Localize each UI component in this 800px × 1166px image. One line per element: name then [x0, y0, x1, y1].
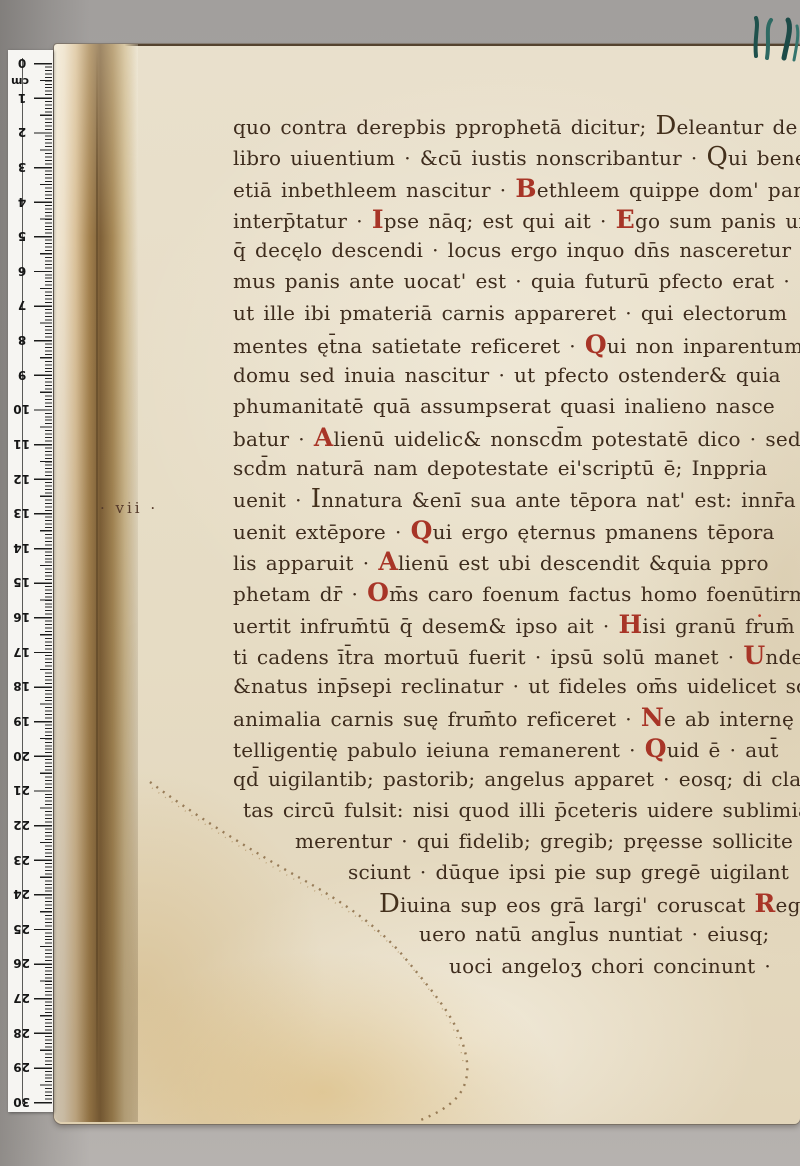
text-segment: q̄ decęlo descendi · locus ergo inquo dn…	[233, 238, 800, 262]
text-segment: qd̄ uigilantib; pastorib; angelus appare…	[233, 767, 800, 791]
text-segment: e ab internę in	[664, 707, 800, 731]
text-segment: lienū uidelic& nonscd̄m potestatē dico ·…	[334, 427, 800, 451]
ruler-number: 3	[14, 160, 30, 174]
manuscript-photograph: { "colors": { "background_gray": "#a8a5a…	[0, 0, 800, 1166]
initial-letter: D	[655, 111, 676, 141]
initial-letter: N	[641, 703, 664, 732]
ruler-number: 30	[14, 1095, 30, 1109]
text-line: merentur · qui fidelib; gregib; pręesse …	[295, 826, 785, 857]
text-line: mus panis ante uocat' est · quia futurū …	[233, 266, 785, 297]
margin-correction-mark: ·	[757, 607, 762, 625]
text-segment: eleantur de	[677, 115, 798, 139]
ruler-number: 8	[14, 333, 30, 347]
initial-letter: A	[314, 423, 334, 452]
text-segment: uenit extēpore ·	[233, 520, 411, 544]
text-segment: phetam dr̄ ·	[233, 582, 367, 606]
text-segment: m̄s caro foenum factus homo foenūtirm	[389, 582, 800, 606]
ruler-number: 9	[14, 368, 30, 382]
initial-letter: A	[378, 547, 398, 576]
text-segment: lis apparuit ·	[233, 551, 378, 575]
ruler-number: 14	[14, 541, 30, 555]
text-line: quo contra derepbis pprophetā dicitur; D…	[233, 111, 785, 142]
ruler-number: 15	[14, 575, 30, 589]
text-line: Diuina sup eos grā largi' coruscat Regē	[379, 888, 785, 919]
text-line: scd̄m naturā nam depotestate ei'scriptū …	[233, 453, 785, 484]
text-segment: merentur · qui fidelib; gregib; pręesse …	[295, 829, 793, 853]
text-segment: ti cadens īt̄ra mortuū fuerit · ipsū sol…	[233, 645, 743, 669]
text-line: uoci angeloʒ chori concinunt ·	[449, 951, 785, 982]
text-segment: mus panis ante uocat' est · quia futurū …	[233, 269, 790, 293]
initial-letter: O	[367, 578, 389, 607]
text-segment: uenit ·	[233, 488, 311, 512]
text-segment: tas circū fulsit: nisi quod illi p̄ceter…	[243, 798, 800, 822]
ruler-number: 4	[14, 195, 30, 209]
text-line: uenit · Innatura &enī sua ante tēpora na…	[233, 484, 785, 515]
text-line: q̄ decęlo descendi · locus ergo inquo dn…	[233, 235, 785, 266]
text-segment: ui non inparentum	[607, 334, 800, 358]
text-line: uertit infrum̄tū q̄ desem& ipso ait · Hi…	[233, 609, 785, 640]
initial-letter: Q	[645, 734, 667, 763]
text-segment: quo contra derepbis pprophetā dicitur;	[233, 115, 655, 139]
initial-letter: R	[755, 889, 776, 918]
text-line: ut ille ibi pmateriā carnis appareret · …	[233, 298, 785, 329]
text-segment: uero natū angl̄us nuntiat · eiusq;	[419, 922, 769, 946]
text-line: phumanitatē quā assumpserat quasi inalie…	[233, 391, 785, 422]
text-segment: telligentię pabulo ieiuna remanerent ·	[233, 738, 645, 762]
initial-letter: E	[616, 205, 635, 234]
text-segment: uertit infrum̄tū q̄ desem& ipso ait ·	[233, 614, 618, 638]
text-line: &natus inp̄sepi reclinatur · ut fideles …	[233, 671, 785, 702]
text-segment: libro uiuentium · &cū iustis nonscribant…	[233, 146, 707, 170]
text-segment: go sum panis uiuus	[635, 209, 800, 233]
ruler-number: 26	[14, 956, 30, 970]
text-segment: mentes ęt̄na satietate reficeret ·	[233, 334, 585, 358]
text-line: uero natū angl̄us nuntiat · eiusq;	[419, 919, 785, 950]
text-line: sciunt · dūque ipsi pie sup gregē uigila…	[348, 857, 785, 888]
initial-letter: B	[515, 174, 536, 203]
ruler-number: 25	[14, 922, 30, 936]
text-segment: batur ·	[233, 427, 314, 451]
initial-letter: H	[618, 610, 642, 639]
text-line: interp̄tatur · Ipse nāq; est qui ait · E…	[233, 204, 785, 235]
ruler-number: 28	[14, 1026, 30, 1040]
ruler-number: 19	[14, 714, 30, 728]
ruler-number: 24	[14, 887, 30, 901]
text-block: quo contra derepbis pprophetā dicitur; D…	[233, 111, 785, 982]
ruler-number: 12	[14, 472, 30, 486]
initial-letter: Q	[707, 142, 729, 172]
text-segment: sciunt · dūque ipsi pie sup gregē uigila…	[348, 860, 800, 884]
text-line: libro uiuentium · &cū iustis nonscribant…	[233, 142, 785, 173]
ruler-number: 16	[14, 610, 30, 624]
text-segment: uoci angeloʒ chori concinunt ·	[449, 954, 771, 978]
text-segment: isi granū frum̄ –	[642, 614, 800, 638]
text-segment: iuina sup eos grā largi' coruscat	[400, 893, 755, 917]
text-line: tas circū fulsit: nisi quod illi p̄ceter…	[243, 795, 785, 826]
text-segment: animalia carnis suę frum̄to reficeret ·	[233, 707, 641, 731]
ruler-number: 0	[14, 56, 30, 70]
ruler-number: 29	[14, 1060, 30, 1074]
text-segment: domu sed inuia nascitur · ut pfecto oste…	[233, 363, 781, 387]
initial-letter: Q	[585, 330, 607, 359]
gutter-edge-line	[96, 50, 98, 1114]
text-segment: nnatura &enī sua ante tēpora nat' est: i…	[321, 488, 796, 512]
ruler-number: 17	[14, 645, 30, 659]
ruler-number: 10	[14, 402, 30, 416]
text-line: domu sed inuia nascitur · ut pfecto oste…	[233, 360, 785, 391]
text-line: telligentię pabulo ieiuna remanerent · Q…	[233, 733, 785, 764]
text-line: ti cadens īt̄ra mortuū fuerit · ipsū sol…	[233, 640, 785, 671]
ruler-number: 5	[14, 229, 30, 243]
initial-letter: I	[372, 205, 384, 234]
text-line: mentes ęt̄na satietate reficeret · Qui n…	[233, 329, 785, 360]
initial-letter: Q	[411, 516, 433, 545]
text-segment: ethleem quippe dom' panis	[537, 178, 800, 202]
text-segment: lienū est ubi descendit &quia ppro	[398, 551, 769, 575]
text-line: uenit extēpore · Qui ergo ęternus pmanen…	[233, 515, 785, 546]
ruler-number: 21	[14, 783, 30, 797]
initial-letter: I	[311, 484, 321, 514]
text-segment: egē	[776, 893, 800, 917]
ruler-unit-label: cm	[10, 75, 30, 88]
ruler-number: 6	[14, 264, 30, 278]
text-segment: scd̄m naturā nam depotestate ei'scriptū …	[233, 456, 767, 480]
text-segment: nde	[765, 645, 800, 669]
margin-chapter-number: · vii ·	[100, 499, 158, 517]
text-segment: pse nāq; est qui ait ·	[384, 209, 616, 233]
ruler-number: 22	[14, 818, 30, 832]
initial-letter: U	[743, 641, 765, 670]
ruler-number: 11	[14, 437, 30, 451]
text-segment: phumanitatē quā assumpserat quasi inalie…	[233, 394, 775, 418]
ruler-number: 2	[14, 125, 30, 139]
text-line: phetam dr̄ · Om̄s caro foenum factus hom…	[233, 577, 785, 608]
text-segment: uid ē · aut̄	[667, 738, 779, 762]
text-line: batur · Alienū uidelic& nonscd̄m potesta…	[233, 422, 785, 453]
text-segment: ui ergo ęternus pmanens tēpora	[433, 520, 775, 544]
initial-letter: D	[379, 889, 400, 919]
text-segment: ui bene	[728, 146, 800, 170]
text-segment: interp̄tatur ·	[233, 209, 372, 233]
text-line: animalia carnis suę frum̄to reficeret · …	[233, 702, 785, 733]
text-segment: &natus inp̄sepi reclinatur · ut fideles …	[233, 674, 800, 698]
text-line: lis apparuit · Alienū est ubi descendit …	[233, 546, 785, 577]
text-segment: etiā inbethleem nascitur ·	[233, 178, 515, 202]
ruler-number: 7	[14, 298, 30, 312]
ruler-number: 13	[14, 506, 30, 520]
text-segment: ut ille ibi pmateriā carnis appareret · …	[233, 301, 787, 325]
ruler-number: 20	[14, 749, 30, 763]
text-line: qd̄ uigilantib; pastorib; angelus appare…	[233, 764, 785, 795]
photographic-cm-ruler: 0123456789101112131415161718192021222324…	[8, 50, 53, 1112]
ruler-number: 27	[14, 991, 30, 1005]
ruler-number: 1	[14, 91, 30, 105]
ruler-number: 18	[14, 679, 30, 693]
text-line: etiā inbethleem nascitur · Bethleem quip…	[233, 173, 785, 204]
ruler-number: 23	[14, 853, 30, 867]
